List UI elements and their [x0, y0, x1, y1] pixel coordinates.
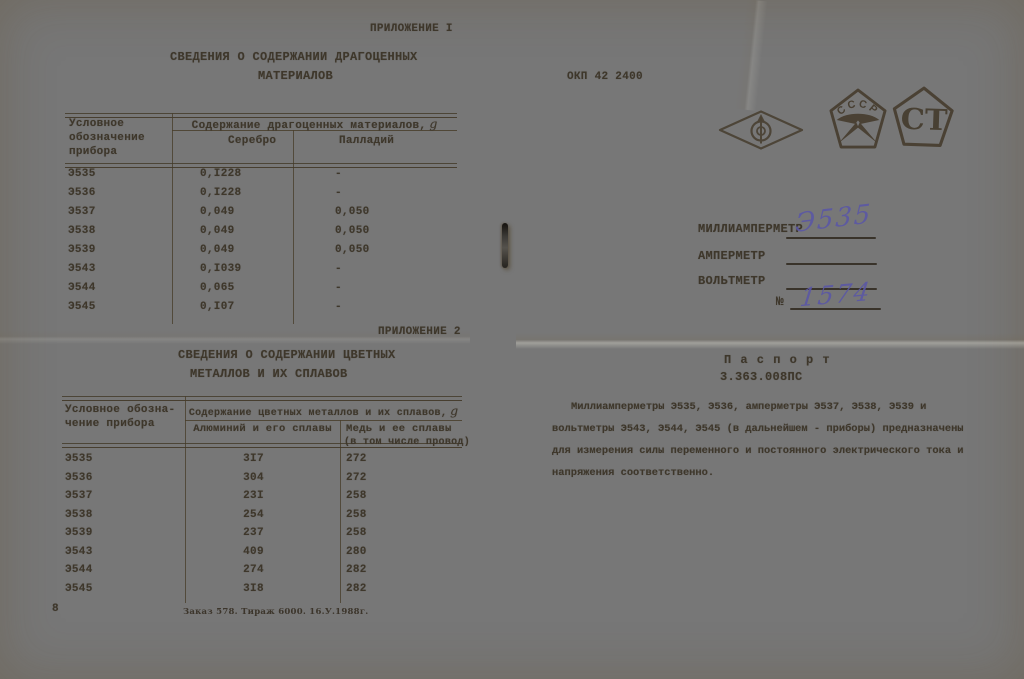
device-cell: Э536 [65, 187, 172, 206]
palladium-cell: 0,050 [293, 244, 457, 263]
col-header-copper: Медь и ее сплавы [346, 423, 452, 435]
gost-st-mark-icon: СТ [890, 85, 956, 149]
col-header-silver: Серебро [228, 135, 276, 147]
col-header-device: чение прибора [65, 418, 155, 430]
ussr-quality-mark-icon: СССР [829, 87, 887, 151]
description-line: вольтметры Э543, Э544, Э545 (в дальнейше… [552, 423, 977, 445]
okp-code: ОКП 42 2400 [567, 71, 643, 83]
group-header-text: Содержание цветных металлов и их сплавов… [189, 408, 447, 419]
device-cell: Э545 [62, 583, 185, 602]
palladium-cell: - [293, 187, 457, 206]
copper-cell: 272 [340, 453, 462, 472]
scanned-passport-document: ПРИЛОЖЕНИЕ I СВЕДЕНИЯ О СОДЕРЖАНИИ ДРАГО… [0, 0, 1024, 679]
palladium-cell: - [293, 168, 457, 187]
table-row: Э535 3I7 272 [62, 453, 462, 472]
description-line: Миллиамперметры Э535, Э536, амперметры Э… [552, 401, 977, 423]
table-border [185, 420, 462, 421]
table-row: Э539 0,049 0,050 [65, 244, 457, 263]
precious-materials-table: Условное обозначение прибора Содержание … [65, 113, 457, 327]
aluminum-cell: 3I8 [185, 583, 340, 602]
grams-unit: g [450, 403, 458, 418]
manufacturer-logo-icon [718, 110, 804, 150]
device-cell: Э538 [65, 225, 172, 244]
document-number: 3.363.008ПС [720, 370, 803, 384]
copper-cell: 258 [340, 527, 462, 546]
handwritten-model-number: Э535 [794, 199, 873, 239]
aluminum-cell: 3I7 [185, 453, 340, 472]
copper-cell: 280 [340, 546, 462, 565]
appendix2-title-line1: СВЕДЕНИЯ О СОДЕРЖАНИИ ЦВЕТНЫХ [178, 348, 396, 362]
table-border [62, 396, 462, 401]
print-imprint: Заказ 578. Тираж 6000. 16.У.1988г. [183, 607, 369, 617]
silver-cell: 0,049 [172, 244, 293, 263]
grams-unit: g [429, 116, 437, 131]
staple [502, 223, 508, 268]
palladium-cell: 0,050 [293, 206, 457, 225]
page-number: 8 [52, 603, 59, 615]
palladium-cell: - [293, 301, 457, 320]
col-header-palladium: Палладий [339, 135, 394, 147]
silver-cell: 0,065 [172, 282, 293, 301]
appendix2-label: ПРИЛОЖЕНИЕ 2 [378, 326, 461, 338]
col-header-copper: (в том числе провод) [344, 437, 470, 448]
silver-cell: 0,I228 [172, 187, 293, 206]
handwritten-serial-number: 1574 [798, 277, 873, 313]
description-paragraph: Миллиамперметры Э535, Э536, амперметры Э… [552, 401, 977, 489]
table-row: Э545 0,I07 - [65, 301, 457, 320]
table-row: Э543 0,I039 - [65, 263, 457, 282]
group-header: Содержание драгоценных материалов,g [172, 116, 457, 132]
device-cell: Э539 [62, 527, 185, 546]
field-label-milliammeter: МИЛЛИАМПЕРМЕТР [698, 222, 803, 236]
group-header-text: Содержание драгоценных материалов, [192, 120, 427, 132]
aluminum-cell: 23I [185, 490, 340, 509]
group-header: Содержание цветных металлов и их сплавов… [185, 403, 462, 419]
st-mark-text: СТ [900, 101, 948, 137]
table-row: Э536 304 272 [62, 472, 462, 491]
table-row: Э545 3I8 282 [62, 583, 462, 602]
palladium-cell: 0,050 [293, 225, 457, 244]
palladium-cell: - [293, 263, 457, 282]
copper-cell: 272 [340, 472, 462, 491]
copper-cell: 282 [340, 564, 462, 583]
document-title: П а с п о р т [724, 353, 831, 367]
silver-cell: 0,I039 [172, 263, 293, 282]
table-row: Э537 0,049 0,050 [65, 206, 457, 225]
device-cell: Э539 [65, 244, 172, 263]
aluminum-cell: 237 [185, 527, 340, 546]
device-cell: Э537 [62, 490, 185, 509]
description-line: напряжения соответственно. [552, 467, 977, 489]
table-row: Э536 0,I228 - [65, 187, 457, 206]
device-cell: Э545 [65, 301, 172, 320]
paper-crease [516, 333, 1024, 349]
table-row: Э538 254 258 [62, 509, 462, 528]
silver-cell: 0,I228 [172, 168, 293, 187]
aluminum-cell: 304 [185, 472, 340, 491]
device-cell: Э537 [65, 206, 172, 225]
table-body: Э535 0,I228 - Э536 0,I228 - Э537 0,049 0… [65, 168, 457, 320]
device-cell: Э538 [62, 509, 185, 528]
table-row: Э543 409 280 [62, 546, 462, 565]
col-header-device: обозначение [69, 132, 145, 144]
device-cell: Э536 [62, 472, 185, 491]
col-header-device: Условное обозна- [65, 404, 175, 416]
copper-cell: 282 [340, 583, 462, 602]
table-body: Э535 3I7 272 Э536 304 272 Э537 23I 258 Э… [62, 453, 462, 601]
table-row: Э537 23I 258 [62, 490, 462, 509]
paper-crease [734, 0, 767, 111]
table-row: Э538 0,049 0,050 [65, 225, 457, 244]
table-row: Э535 0,I228 - [65, 168, 457, 187]
device-cell: Э544 [65, 282, 172, 301]
nonferrous-metals-table: Условное обозна- чение прибора Содержани… [62, 396, 462, 606]
palladium-cell: - [293, 282, 457, 301]
appendix1-title-line2: МАТЕРИАЛОВ [258, 69, 333, 83]
col-header-device: прибора [69, 146, 117, 158]
aluminum-cell: 254 [185, 509, 340, 528]
copper-cell: 258 [340, 490, 462, 509]
device-cell: Э535 [62, 453, 185, 472]
table-row: Э539 237 258 [62, 527, 462, 546]
table-row: Э544 274 282 [62, 564, 462, 583]
field-label-ammeter: АМПЕРМЕТР [698, 249, 766, 263]
silver-cell: 0,049 [172, 206, 293, 225]
serial-number-label: № [776, 294, 784, 309]
device-cell: Э535 [65, 168, 172, 187]
fill-in-line [786, 263, 877, 265]
device-cell: Э543 [62, 546, 185, 565]
field-label-voltmeter: ВОЛЬТМЕТР [698, 274, 766, 288]
aluminum-cell: 409 [185, 546, 340, 565]
copper-cell: 258 [340, 509, 462, 528]
appendix1-label: ПРИЛОЖЕНИЕ I [370, 23, 453, 35]
table-row: Э544 0,065 - [65, 282, 457, 301]
aluminum-cell: 274 [185, 564, 340, 583]
appendix2-title-line2: МЕТАЛЛОВ И ИХ СПЛАВОВ [190, 367, 348, 381]
col-header-device: Условное [69, 118, 124, 130]
description-line: для измерения силы переменного и постоян… [552, 445, 977, 467]
silver-cell: 0,I07 [172, 301, 293, 320]
appendix1-title-line1: СВЕДЕНИЯ О СОДЕРЖАНИИ ДРАГОЦЕННЫХ [170, 50, 418, 64]
col-header-aluminum: Алюминий и его сплавы [185, 423, 340, 435]
device-cell: Э544 [62, 564, 185, 583]
silver-cell: 0,049 [172, 225, 293, 244]
device-cell: Э543 [65, 263, 172, 282]
